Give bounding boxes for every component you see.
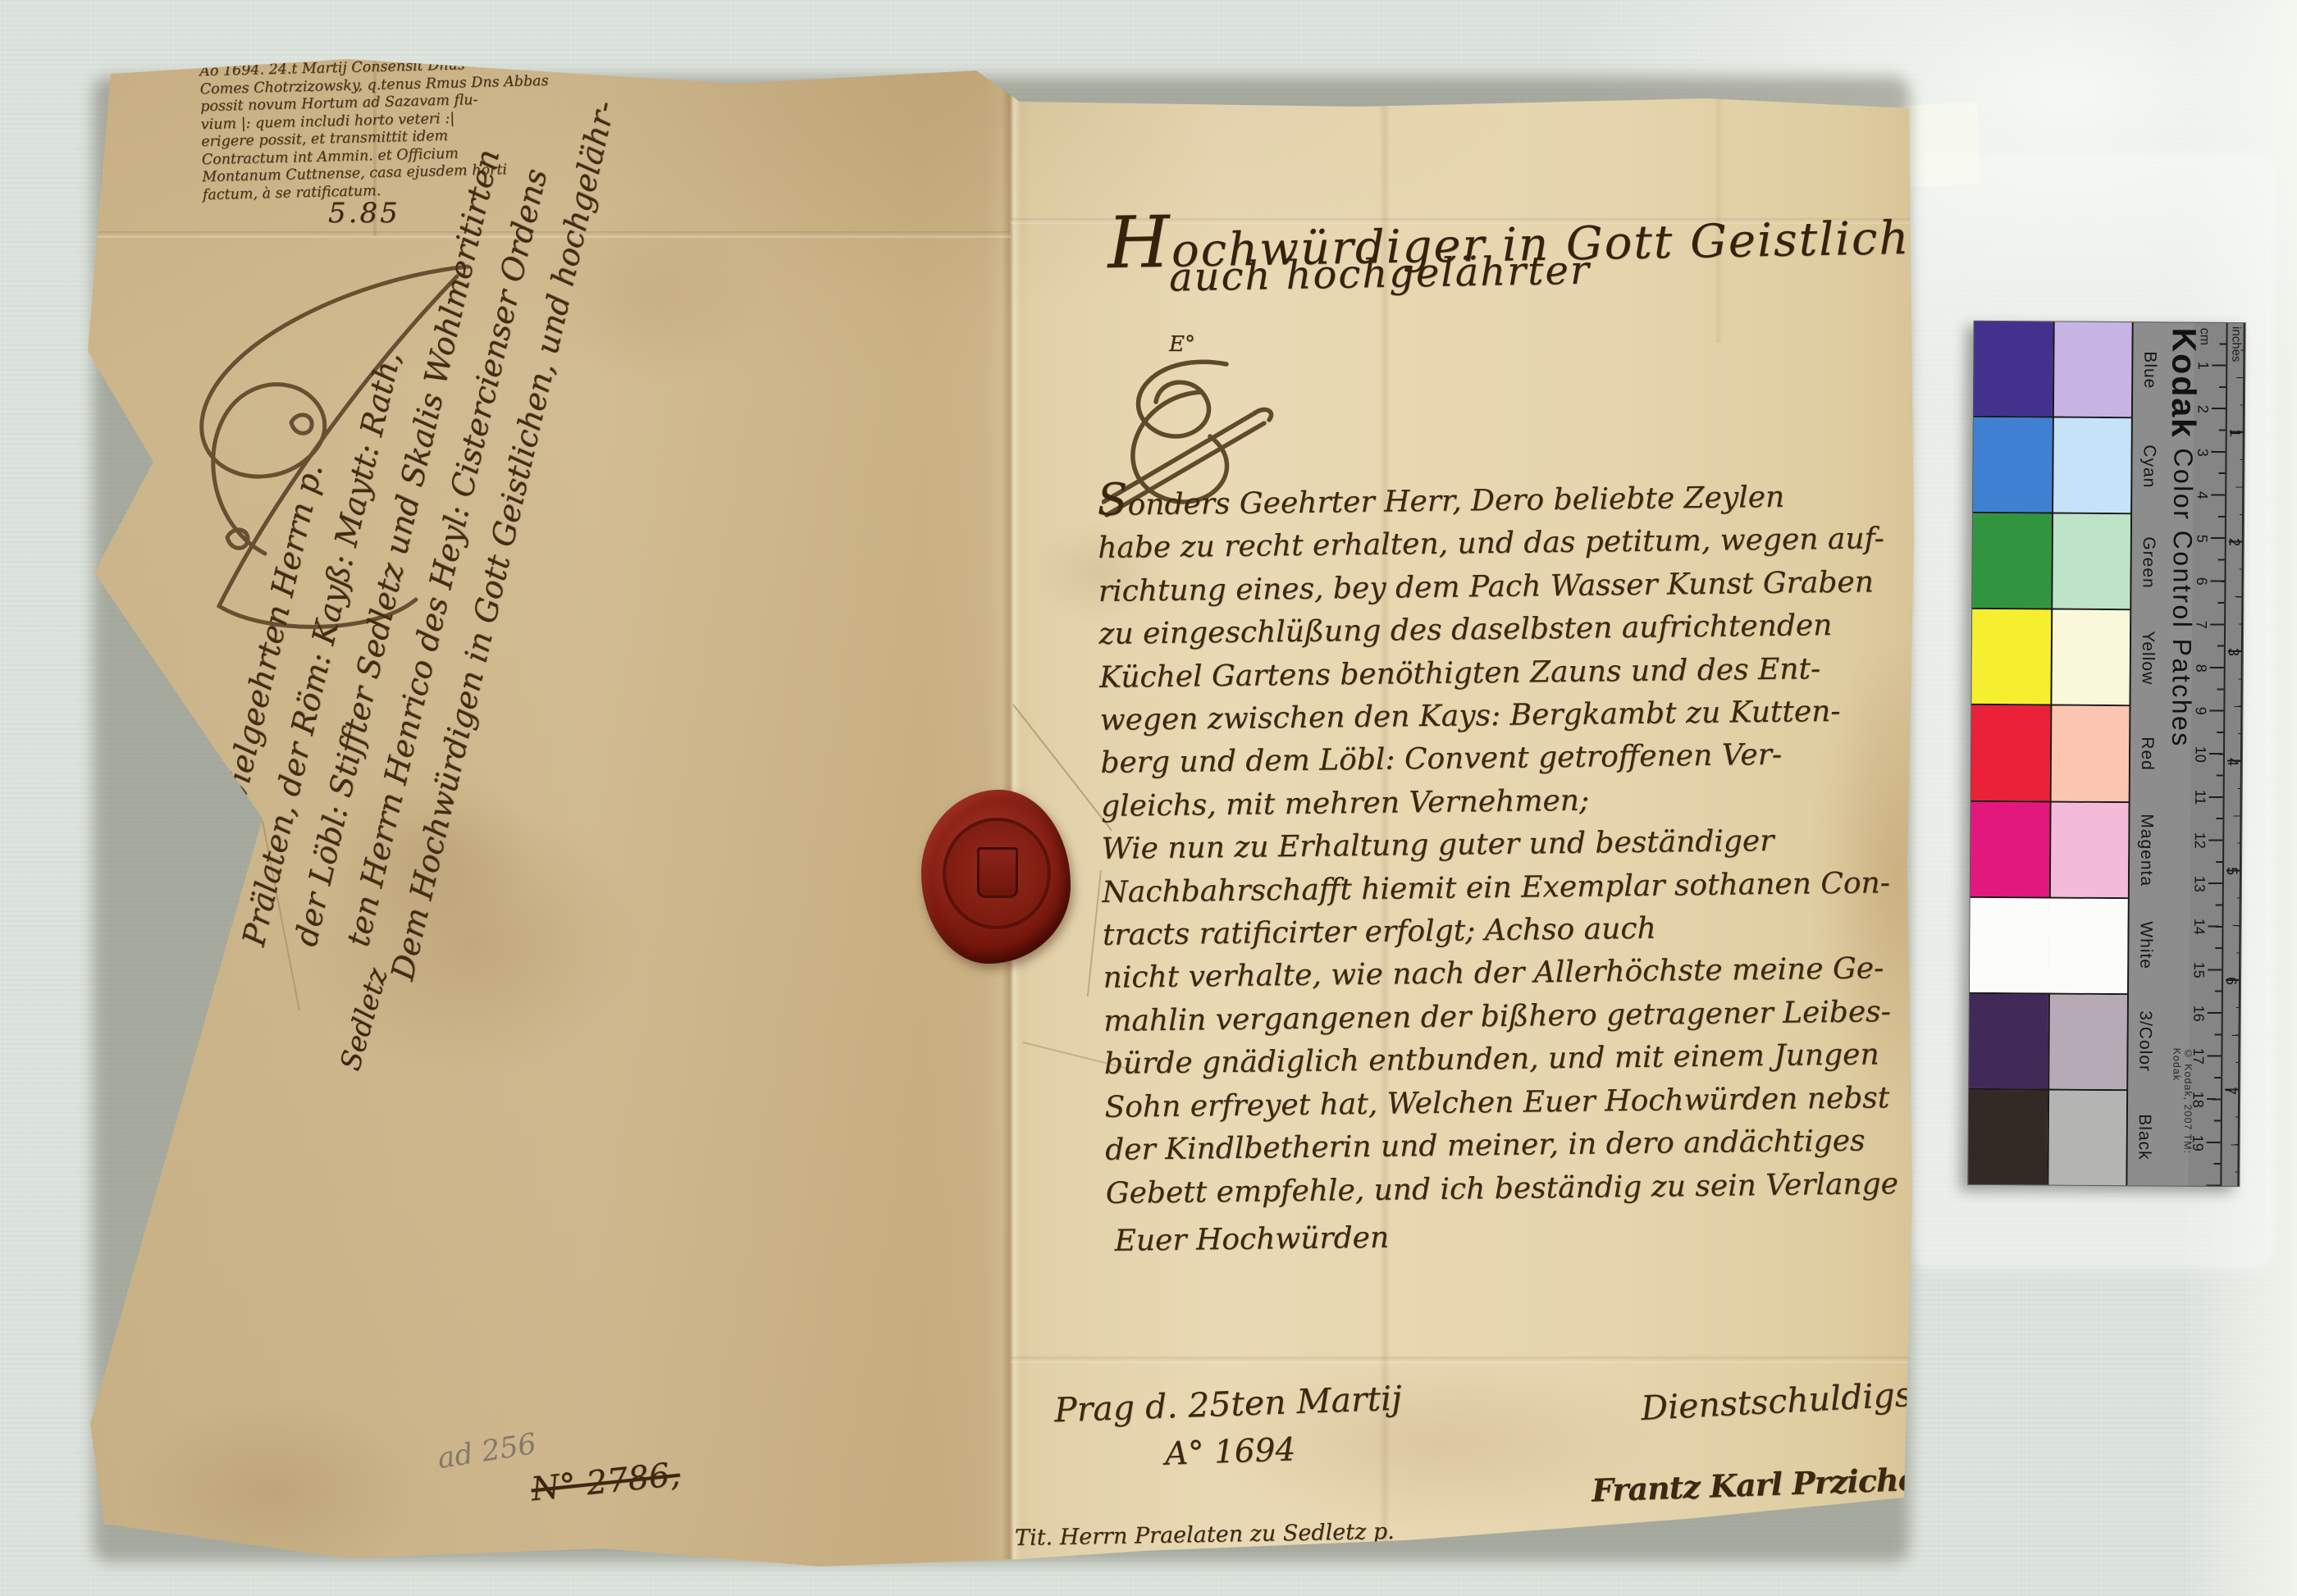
patch-label-cell: White bbox=[2129, 898, 2162, 994]
color-patches bbox=[1968, 321, 2133, 1185]
patch-label: Black bbox=[2135, 1115, 2154, 1161]
color-patch-strong bbox=[1971, 609, 2051, 705]
scanner-bed: Ao 1694. 24.t Martij Consensit DnusComes… bbox=[0, 0, 2297, 1596]
kodak-color-strip: Blue Cyan Green Yellow Red Magenta White… bbox=[1967, 321, 2245, 1187]
letter-sheet: Ao 1694. 24.t Martij Consensit DnusComes… bbox=[78, 48, 1914, 1568]
inch-number: 7 bbox=[2222, 1036, 2239, 1146]
letter-heading-line2: auch hochgelährter bbox=[1169, 248, 1591, 301]
color-patch-row bbox=[1974, 321, 2132, 418]
color-patch-row bbox=[1971, 705, 2130, 802]
color-patch-row bbox=[1973, 417, 2131, 514]
cm-number: 12 bbox=[2190, 819, 2208, 863]
color-patch-pale bbox=[2048, 994, 2127, 1089]
color-patch-strong bbox=[1970, 898, 2049, 993]
cm-number: 15 bbox=[2190, 948, 2208, 992]
patch-label: 3/Color bbox=[2135, 1011, 2155, 1073]
date-year-line: A° 1694 bbox=[1164, 1431, 1296, 1473]
patch-label: Red bbox=[2137, 736, 2157, 771]
color-patch-pale bbox=[2048, 898, 2128, 993]
color-patch-pale bbox=[2052, 418, 2131, 513]
inch-number: 4 bbox=[2224, 707, 2240, 817]
cm-number: 17 bbox=[2189, 1035, 2207, 1078]
cm-number: 3 bbox=[2193, 431, 2211, 474]
color-patch-row bbox=[1970, 898, 2128, 995]
patch-label-cell: 3/Color bbox=[2128, 993, 2162, 1089]
cm-number: 6 bbox=[2192, 560, 2210, 604]
cm-number: 13 bbox=[2190, 862, 2208, 905]
patch-label-cell: Blue bbox=[2133, 322, 2167, 418]
patch-label: Yellow bbox=[2138, 631, 2158, 685]
patch-label-cell: Black bbox=[2127, 1089, 2161, 1185]
strip-label-panel: Blue Cyan Green Yellow Red Magenta White… bbox=[2127, 322, 2244, 1186]
seal-impression-ring bbox=[943, 818, 1051, 929]
inch-number: 6 bbox=[2223, 926, 2240, 1036]
red-wax-seal bbox=[921, 790, 1071, 964]
cm-number: 10 bbox=[2191, 732, 2209, 776]
patch-label: White bbox=[2135, 922, 2155, 970]
cm-number: 19 bbox=[2189, 1121, 2207, 1165]
cm-number: 18 bbox=[2189, 1078, 2207, 1121]
letter-body: Sonders Geehrter Herr, Dero beliebte Zey… bbox=[1097, 469, 1899, 1263]
color-patch-strong bbox=[1970, 801, 2050, 896]
cm-number: 5 bbox=[2193, 517, 2211, 560]
patch-label-cell: Red bbox=[2130, 706, 2164, 802]
patch-label-cell: Magenta bbox=[2130, 802, 2163, 898]
cm-number: 8 bbox=[2192, 646, 2210, 690]
cm-number: 2 bbox=[2194, 387, 2212, 431]
inch-number: 1 bbox=[2226, 378, 2243, 488]
color-patch-pale bbox=[2049, 802, 2129, 897]
cm-number: 4 bbox=[2193, 474, 2211, 518]
color-patch-pale bbox=[2051, 514, 2130, 609]
color-patch-row bbox=[1968, 1090, 2126, 1185]
strip-ruler: cm inches 12345678910111213141516171819 … bbox=[2188, 323, 2244, 1186]
letter-body-line: Gebett empfehle, und ich beständig zu se… bbox=[1106, 1163, 1899, 1215]
color-patch-strong bbox=[1974, 321, 2053, 417]
color-patch-pale bbox=[2050, 706, 2130, 801]
patch-label-cell: Green bbox=[2131, 514, 2165, 610]
color-patch-pale bbox=[2047, 1090, 2126, 1185]
horizontal-crease-top-left bbox=[78, 231, 1011, 238]
color-patch-row bbox=[1972, 513, 2130, 610]
inch-number: 2 bbox=[2226, 488, 2242, 598]
color-patch-strong bbox=[1968, 1090, 2048, 1185]
color-patch-strong bbox=[1973, 417, 2053, 513]
horizontal-crease-bottom-right bbox=[1011, 1357, 1914, 1363]
cm-number: 1 bbox=[2194, 344, 2212, 388]
cm-number: 16 bbox=[2190, 992, 2208, 1035]
color-patch-strong bbox=[1971, 705, 2051, 800]
patch-label-cell: Cyan bbox=[2132, 418, 2166, 514]
inch-number: 8 bbox=[2222, 1146, 2238, 1187]
color-patch-row bbox=[1971, 609, 2130, 706]
cm-number: 14 bbox=[2190, 905, 2208, 949]
color-patch-pale bbox=[2050, 610, 2130, 705]
inch-number: 3 bbox=[2225, 597, 2241, 707]
color-patch-strong bbox=[1972, 513, 2052, 609]
color-patch-strong bbox=[1969, 994, 2048, 1089]
patch-label: Magenta bbox=[2136, 814, 2157, 887]
patch-label-cell: Yellow bbox=[2130, 610, 2164, 706]
color-patch-row bbox=[1969, 994, 2127, 1091]
color-patch-row bbox=[1970, 801, 2129, 898]
patch-label: Blue bbox=[2139, 352, 2159, 390]
cm-number: 7 bbox=[2192, 603, 2210, 646]
cm-number: 11 bbox=[2190, 776, 2208, 819]
cm-number: 9 bbox=[2191, 690, 2209, 733]
patch-label: Cyan bbox=[2139, 445, 2158, 488]
patch-label: Green bbox=[2138, 536, 2158, 589]
color-patch-pale bbox=[2053, 322, 2132, 417]
inch-number: 5 bbox=[2224, 817, 2240, 927]
seal-coat-of-arms bbox=[977, 847, 1018, 898]
